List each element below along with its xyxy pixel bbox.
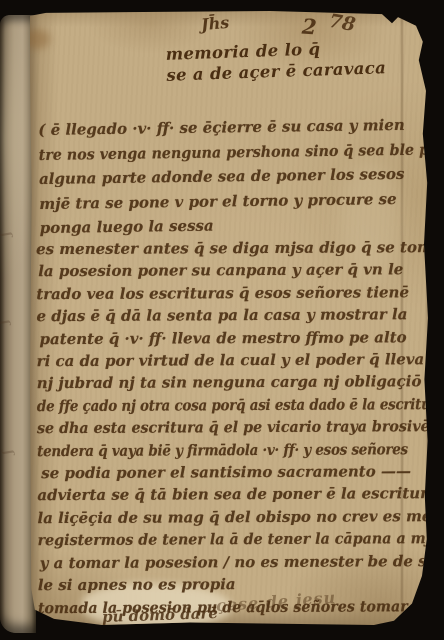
photo-background: ʃ ʃ ʃ Jh̄s 2 78 memoria de lo q̄ se a de… (0, 0, 444, 640)
manuscript-line: se podia poner el santisimo sacramento —… (41, 460, 444, 485)
manuscript-line: es menester antes q̄ se diga mjsa digo q… (36, 236, 444, 261)
manuscript-line: ri ca da por virtud de la cual y el pode… (37, 348, 444, 373)
manuscript-line: registermos de tener la ā de tener la cā… (38, 527, 444, 552)
manuscript-line: tendera q̄ vaya biē y firmādola ·v· ff· … (37, 438, 438, 463)
show-through-ink-mark: ʃ (0, 449, 16, 456)
manuscript-line: e djas ē q̄ dā la senta pa la casa y mos… (36, 303, 444, 328)
manuscript-line: de ffe çado nj otra cosa porq̄ asi esta … (37, 393, 438, 418)
postscript-line: pū domō darē (102, 604, 218, 626)
document-title: memoria de lo q̄ se a de açer ē caravaca (165, 36, 386, 86)
manuscript-page: Jh̄s 2 78 memoria de lo q̄ se a de açer … (30, 11, 430, 625)
manuscript-line: le si apnes no es propia (38, 572, 444, 597)
ihs-monogram: Jh̄s (200, 13, 230, 34)
manuscript-line: la posesion poner su canpana y açer q̄ v… (38, 258, 444, 283)
manuscript-line: nj jubrad nj ta sin nenguna carga nj obl… (37, 370, 444, 395)
body-paragraph-2: es menester antes q̄ se diga mjsa digo q… (36, 236, 444, 619)
manuscript-line: la liçēçia de su mag q̄ del obispo no cr… (37, 505, 444, 530)
show-through-ink-mark: ʃ (0, 231, 14, 238)
manuscript-line: se dha esta escritura q̄ el pe vicario t… (37, 415, 444, 440)
manuscript-line: trado vea los escrituras q̄ esos señores… (36, 281, 444, 306)
manuscript-line: y a tomar la posesion / no es menester b… (40, 550, 444, 575)
folio-number: 2 (301, 14, 317, 40)
body-paragraph-1: ( ē llegado ·v· ff· se ēçierre ē su casa… (38, 112, 444, 240)
manuscript-line: patente q̄ ·v· ff· lleva de mestro ffmo … (39, 325, 444, 350)
manuscript-line: advierta se q̄ tā bien sea de poner ē la… (37, 482, 444, 507)
show-through-ink-mark: ʃ (0, 319, 12, 326)
folio-number-secondary: 78 (327, 10, 357, 36)
